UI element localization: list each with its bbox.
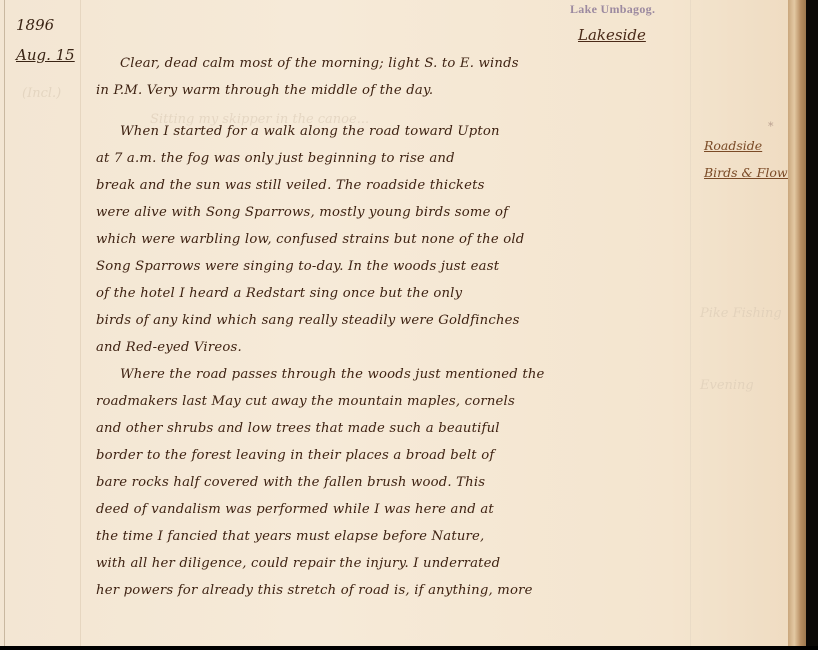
text-line: with all her diligence, could repair the…: [96, 550, 696, 577]
place-heading: Lakeside: [578, 26, 646, 44]
printed-letterhead: Lake Umbagog.: [570, 2, 655, 17]
bleed-through-text: Pike Fishing: [700, 306, 782, 321]
page-edge: [788, 0, 806, 650]
asterisk-mark: *: [768, 120, 774, 133]
journal-entry-body: Clear, dead calm most of the morning; li…: [96, 50, 696, 604]
text-line: deed of vandalism was performed while I …: [96, 496, 696, 523]
text-line: were alive with Song Sparrows, mostly yo…: [96, 199, 696, 226]
text-line: which were warbling low, confused strain…: [96, 226, 696, 253]
journal-page: (Incl.) Sitting my skipper in the canoe.…: [0, 0, 788, 650]
text-line: the time I fancied that years must elaps…: [96, 523, 696, 550]
text-line: in P.M. Very warm through the middle of …: [96, 77, 696, 104]
text-line: and Red-eyed Vireos.: [96, 334, 696, 361]
side-note-birds-flowers: Birds & Flowers: [704, 165, 788, 180]
text-line: When I started for a walk along the road…: [96, 118, 696, 145]
text-line: Clear, dead calm most of the morning; li…: [96, 50, 696, 77]
text-line: birds of any kind which sang really stea…: [96, 307, 696, 334]
text-line: bare rocks half covered with the fallen …: [96, 469, 696, 496]
text-line: her powers for already this stretch of r…: [96, 577, 696, 604]
scan-border-bottom: [0, 646, 818, 650]
page-border-line: [4, 0, 5, 650]
entry-date-text: Aug. 15: [16, 46, 75, 64]
side-note-roadside: Roadside: [704, 138, 762, 153]
entry-date: Aug. 15: [16, 46, 75, 64]
text-line: border to the forest leaving in their pl…: [96, 442, 696, 469]
bleed-through-text: (Incl.): [22, 86, 61, 101]
text-line: at 7 a.m. the fog was only just beginnin…: [96, 145, 696, 172]
scan-border: [806, 0, 818, 650]
entry-year: 1896: [16, 16, 54, 34]
text-line: Song Sparrows were singing to-day. In th…: [96, 253, 696, 280]
text-line: break and the sun was still veiled. The …: [96, 172, 696, 199]
bleed-through-text: Evening: [700, 378, 754, 393]
left-margin-rule: [80, 0, 81, 650]
text-line: Where the road passes through the woods …: [96, 361, 696, 388]
text-line: roadmakers last May cut away the mountai…: [96, 388, 696, 415]
text-line: and other shrubs and low trees that made…: [96, 415, 696, 442]
text-line: of the hotel I heard a Redstart sing onc…: [96, 280, 696, 307]
